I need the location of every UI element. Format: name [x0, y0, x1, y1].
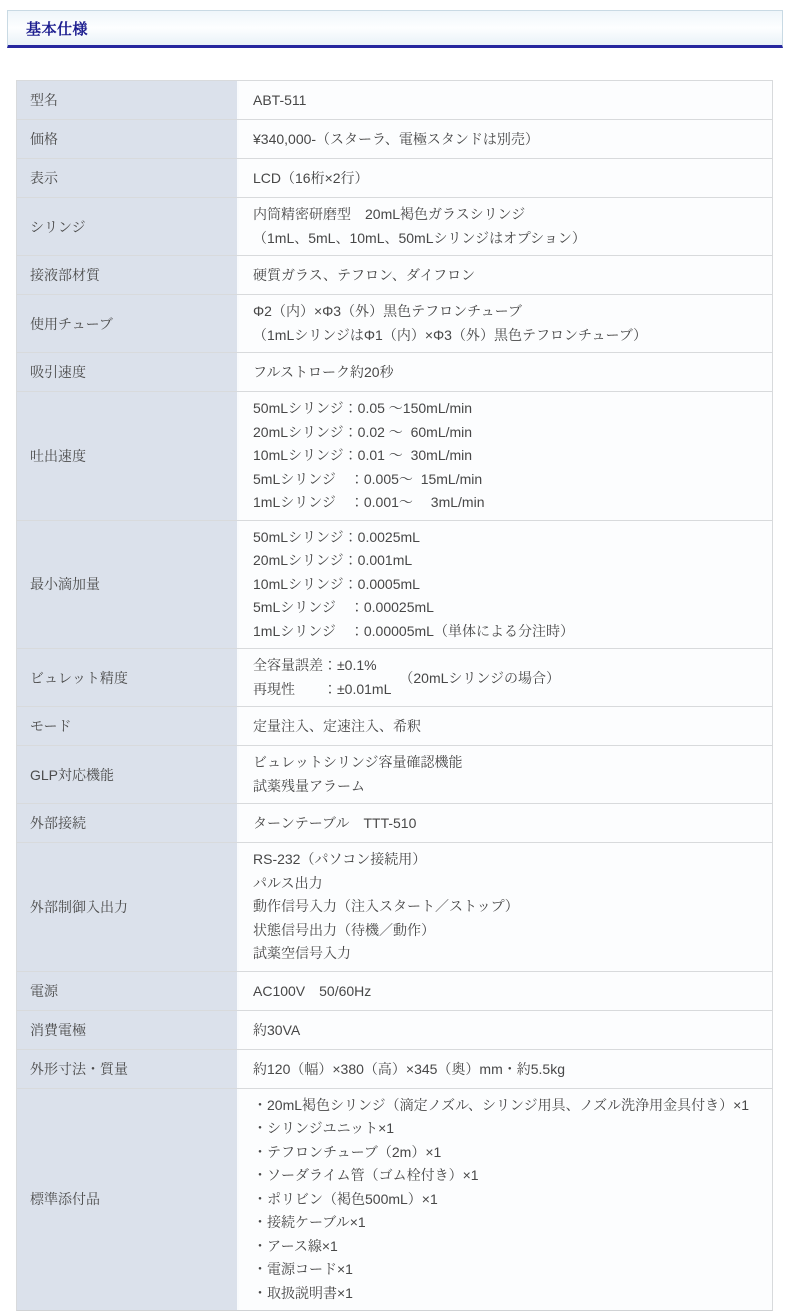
- row-label: 外形寸法・質量: [17, 1050, 239, 1088]
- row-value-line: （1mL、5mL、10mL、50mLシリンジはオプション）: [253, 227, 586, 251]
- row-label: 使用チューブ: [17, 295, 239, 352]
- row-value-line: パルス出力: [253, 872, 519, 896]
- row-value-line: ・シリンジユニット×1: [253, 1117, 749, 1141]
- row-value-line: フルストローク約20秒: [253, 360, 394, 384]
- row-label: モード: [17, 707, 239, 745]
- row-value-lines: ¥340,000-（スターラ、電極スタンドは別売）: [253, 127, 539, 151]
- row-label: 消費電極: [17, 1011, 239, 1049]
- row-value: ターンテーブル TTT-510: [239, 804, 772, 842]
- section-header-bar: 基本仕様: [7, 10, 783, 48]
- row-value-lines: AC100V 50/60Hz: [253, 979, 371, 1003]
- row-value: 約120（幅）×380（高）×345（奥）mm・約5.5kg: [239, 1050, 772, 1088]
- row-value-line: ・接続ケーブル×1: [253, 1211, 749, 1235]
- table-row: 接液部材質 硬質ガラス、テフロン、ダイフロン: [17, 255, 772, 294]
- table-row: 表示 LCD（16桁×2行）: [17, 158, 772, 197]
- row-value-line: LCD（16桁×2行）: [253, 166, 369, 190]
- table-row: 標準添付品 ・20mL褐色シリンジ（滴定ノズル、シリンジ用具、ノズル洗浄用金具付…: [17, 1088, 772, 1311]
- row-value-line: 動作信号入力（注入スタート／ストップ）: [253, 895, 519, 919]
- table-row: 消費電極 約30VA: [17, 1010, 772, 1049]
- row-value-line: 再現性 ：±0.01mL: [253, 678, 391, 702]
- table-row: 型名 ABT-511: [17, 81, 772, 119]
- spec-table-body: 型名 ABT-511 価格 ¥340,000-（スターラ、電極スタンドは別売） …: [17, 81, 772, 1310]
- row-value-line: 約30VA: [253, 1018, 300, 1042]
- row-value-line: 10mLシリンジ：0.0005mL: [253, 573, 574, 597]
- row-value-line: ・テフロンチューブ（2m）×1: [253, 1141, 749, 1165]
- row-value: RS-232（パソコン接続用）パルス出力動作信号入力（注入スタート／ストップ）状…: [239, 843, 772, 971]
- row-value-line: ・取扱説明書×1: [253, 1282, 749, 1306]
- row-value: AC100V 50/60Hz: [239, 972, 772, 1010]
- spec-page: 基本仕様 型名 ABT-511 価格 ¥340,000-（スターラ、電極スタンド…: [0, 0, 790, 1298]
- row-value-line: 硬質ガラス、テフロン、ダイフロン: [253, 263, 475, 287]
- table-row: ビュレット精度 全容量誤差：±0.1%再現性 ：±0.01mL（20mLシリンジ…: [17, 648, 772, 706]
- table-row: 電源 AC100V 50/60Hz: [17, 971, 772, 1010]
- row-value-line: ABT-511: [253, 88, 306, 112]
- row-value-line: 20mLシリンジ：0.001mL: [253, 549, 574, 573]
- row-side-note: （20mLシリンジの場合）: [399, 668, 560, 688]
- row-value-line: ¥340,000-（スターラ、電極スタンドは別売）: [253, 127, 539, 151]
- row-value-line: 定量注入、定速注入、希釈: [253, 714, 421, 738]
- row-value-line: Φ2（内）×Φ3（外）黒色テフロンチューブ: [253, 300, 647, 324]
- row-value-line: ターンテーブル TTT-510: [253, 811, 416, 835]
- row-value-line: 試薬空信号入力: [253, 942, 519, 966]
- row-label: 外部接続: [17, 804, 239, 842]
- section-title: 基本仕様: [8, 18, 88, 39]
- row-value: ビュレットシリンジ容量確認機能試薬残量アラーム: [239, 746, 772, 803]
- row-value: ABT-511: [239, 81, 772, 119]
- table-row: シリンジ 内筒精密研磨型 20mL褐色ガラスシリンジ（1mL、5mL、10mL、…: [17, 197, 772, 255]
- row-value-line: ・ポリビン（褐色500mL）×1: [253, 1188, 749, 1212]
- row-value-line: ・電源コード×1: [253, 1258, 749, 1282]
- table-row: 吸引速度 フルストローク約20秒: [17, 352, 772, 391]
- row-value-lines: 内筒精密研磨型 20mL褐色ガラスシリンジ（1mL、5mL、10mL、50mLシ…: [253, 203, 586, 250]
- row-label: 吸引速度: [17, 353, 239, 391]
- row-value-line: 5mLシリンジ ：0.005～ 15mL/min: [253, 468, 485, 492]
- row-value: ¥340,000-（スターラ、電極スタンドは別売）: [239, 120, 772, 158]
- table-row: 吐出速度 50mLシリンジ：0.05 ～150mL/min20mLシリンジ：0.…: [17, 391, 772, 520]
- row-value-lines: 約120（幅）×380（高）×345（奥）mm・約5.5kg: [253, 1057, 565, 1081]
- row-value-lines: ビュレットシリンジ容量確認機能試薬残量アラーム: [253, 751, 463, 798]
- row-value-line: AC100V 50/60Hz: [253, 979, 371, 1003]
- row-value-line: 50mLシリンジ：0.0025mL: [253, 526, 574, 550]
- row-value-lines: ターンテーブル TTT-510: [253, 811, 416, 835]
- row-value-lines: 50mLシリンジ：0.05 ～150mL/min20mLシリンジ：0.02 ～ …: [253, 397, 485, 515]
- row-value-line: 約120（幅）×380（高）×345（奥）mm・約5.5kg: [253, 1057, 565, 1081]
- table-row: 使用チューブ Φ2（内）×Φ3（外）黒色テフロンチューブ（1mLシリンジはΦ1（…: [17, 294, 772, 352]
- row-value-line: 状態信号出力（待機／動作）: [253, 919, 519, 943]
- row-label: 接液部材質: [17, 256, 239, 294]
- row-value-lines: フルストローク約20秒: [253, 360, 394, 384]
- row-value-lines: 50mLシリンジ：0.0025mL20mLシリンジ：0.001mL10mLシリン…: [253, 526, 574, 644]
- row-value-line: ・アース線×1: [253, 1235, 749, 1259]
- row-value: LCD（16桁×2行）: [239, 159, 772, 197]
- row-value: 50mLシリンジ：0.05 ～150mL/min20mLシリンジ：0.02 ～ …: [239, 392, 772, 520]
- row-label: 外部制御入出力: [17, 843, 239, 971]
- row-value: 50mLシリンジ：0.0025mL20mLシリンジ：0.001mL10mLシリン…: [239, 521, 772, 649]
- row-value-lines: ABT-511: [253, 88, 306, 112]
- row-value-line: 全容量誤差：±0.1%: [253, 654, 391, 678]
- row-value-line: 10mLシリンジ：0.01 ～ 30mL/min: [253, 444, 485, 468]
- row-value-line: ・ソーダライム管（ゴム栓付き）×1: [253, 1164, 749, 1188]
- row-value-line: RS-232（パソコン接続用）: [253, 848, 519, 872]
- row-label: 最小滴加量: [17, 521, 239, 649]
- row-label: 標準添付品: [17, 1089, 239, 1311]
- row-value-line: ・20mL褐色シリンジ（滴定ノズル、シリンジ用具、ノズル洗浄用金具付き）×1: [253, 1094, 749, 1118]
- row-value-line: 5mLシリンジ ：0.00025mL: [253, 596, 574, 620]
- table-row: モード 定量注入、定速注入、希釈: [17, 706, 772, 745]
- row-value-line: ビュレットシリンジ容量確認機能: [253, 751, 463, 775]
- row-value-lines: Φ2（内）×Φ3（外）黒色テフロンチューブ（1mLシリンジはΦ1（内）×Φ3（外…: [253, 300, 647, 347]
- spec-table: 型名 ABT-511 価格 ¥340,000-（スターラ、電極スタンドは別売） …: [16, 80, 773, 1311]
- row-value: 内筒精密研磨型 20mL褐色ガラスシリンジ（1mL、5mL、10mL、50mLシ…: [239, 198, 772, 255]
- table-row: 外部接続 ターンテーブル TTT-510: [17, 803, 772, 842]
- row-value: フルストローク約20秒: [239, 353, 772, 391]
- row-value-lines: 硬質ガラス、テフロン、ダイフロン: [253, 263, 475, 287]
- table-row: 最小滴加量 50mLシリンジ：0.0025mL20mLシリンジ：0.001mL1…: [17, 520, 772, 649]
- row-value-line: 50mLシリンジ：0.05 ～150mL/min: [253, 397, 485, 421]
- row-value-line: 1mLシリンジ ：0.001～ 3mL/min: [253, 491, 485, 515]
- row-label: 表示: [17, 159, 239, 197]
- row-label: 型名: [17, 81, 239, 119]
- row-label: 価格: [17, 120, 239, 158]
- row-value-line: （1mLシリンジはΦ1（内）×Φ3（外）黒色テフロンチューブ）: [253, 324, 647, 348]
- table-row: 外部制御入出力 RS-232（パソコン接続用）パルス出力動作信号入力（注入スター…: [17, 842, 772, 971]
- row-label: 吐出速度: [17, 392, 239, 520]
- table-row: 価格 ¥340,000-（スターラ、電極スタンドは別売）: [17, 119, 772, 158]
- row-value-line: 内筒精密研磨型 20mL褐色ガラスシリンジ: [253, 203, 586, 227]
- row-value-line: 20mLシリンジ：0.02 ～ 60mL/min: [253, 421, 485, 445]
- table-row: GLP対応機能 ビュレットシリンジ容量確認機能試薬残量アラーム: [17, 745, 772, 803]
- row-value-lines: ・20mL褐色シリンジ（滴定ノズル、シリンジ用具、ノズル洗浄用金具付き）×1・シ…: [253, 1094, 749, 1306]
- row-value: 定量注入、定速注入、希釈: [239, 707, 772, 745]
- row-value-lines: LCD（16桁×2行）: [253, 166, 369, 190]
- row-value-line: 1mLシリンジ ：0.00005mL（単体による分注時）: [253, 620, 574, 644]
- row-value: 硬質ガラス、テフロン、ダイフロン: [239, 256, 772, 294]
- row-value: ・20mL褐色シリンジ（滴定ノズル、シリンジ用具、ノズル洗浄用金具付き）×1・シ…: [239, 1089, 772, 1311]
- row-label: GLP対応機能: [17, 746, 239, 803]
- row-label: シリンジ: [17, 198, 239, 255]
- row-value-lines: 全容量誤差：±0.1%再現性 ：±0.01mL: [253, 654, 391, 701]
- row-value-lines: 約30VA: [253, 1018, 300, 1042]
- row-value: Φ2（内）×Φ3（外）黒色テフロンチューブ（1mLシリンジはΦ1（内）×Φ3（外…: [239, 295, 772, 352]
- row-value-line: 試薬残量アラーム: [253, 775, 463, 799]
- table-row: 外形寸法・質量 約120（幅）×380（高）×345（奥）mm・約5.5kg: [17, 1049, 772, 1088]
- row-label: ビュレット精度: [17, 649, 239, 706]
- row-value: 全容量誤差：±0.1%再現性 ：±0.01mL（20mLシリンジの場合）: [239, 649, 772, 706]
- row-value: 約30VA: [239, 1011, 772, 1049]
- row-label: 電源: [17, 972, 239, 1010]
- row-value-lines: 定量注入、定速注入、希釈: [253, 714, 421, 738]
- row-value-lines: RS-232（パソコン接続用）パルス出力動作信号入力（注入スタート／ストップ）状…: [253, 848, 519, 966]
